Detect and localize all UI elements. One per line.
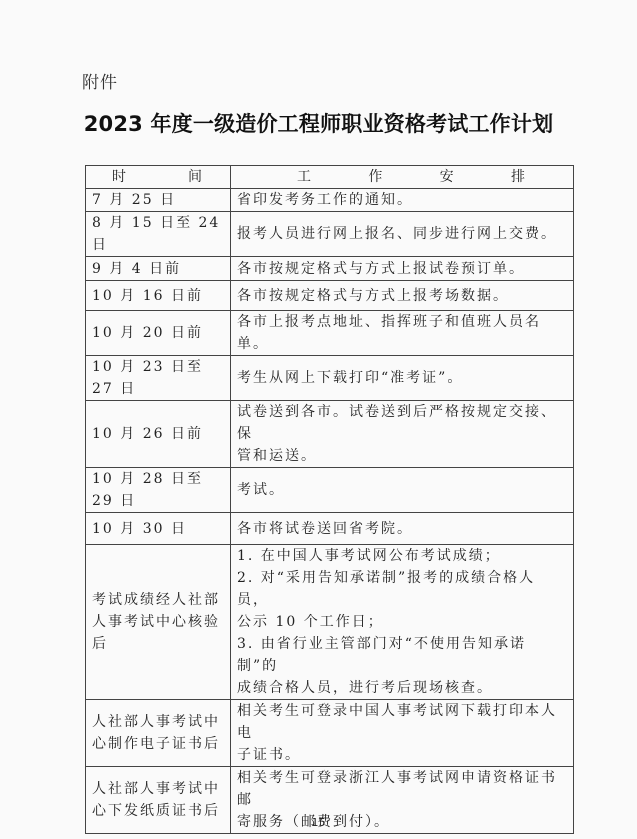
work-line: 报考人员进行网上报名、同步进行网上交费。	[237, 223, 567, 245]
work-line: 各市上报考点地址、指挥班子和值班人员名单。	[237, 311, 567, 355]
work-line: 试卷送到各市。试卷送到后严格按规定交接、保	[237, 401, 567, 445]
table-row: 7 月 25 日省印发考务工作的通知。	[86, 189, 574, 212]
header-work-arrangement: 工 作 安 排	[231, 166, 574, 189]
work-line: 各市按规定格式与方式上报考场数据。	[237, 285, 567, 307]
table-body: 7 月 25 日省印发考务工作的通知。8 月 15 日至 24 日报考人员进行网…	[86, 189, 574, 834]
table-row: 人社部人事考试中心制作电子证书后相关考生可登录中国人事考试网下载打印本人电子证书…	[86, 700, 574, 767]
time-cell: 10 月 23 日至 27 日	[86, 356, 231, 401]
time-cell: 10 月 16 日前	[86, 281, 231, 311]
work-line: 各市将试卷送回省考院。	[237, 518, 567, 540]
table-row: 9 月 4 日前各市按规定格式与方式上报试卷预订单。	[86, 257, 574, 281]
work-cell: 各市将试卷送回省考院。	[231, 513, 574, 545]
work-line: 1. 在中国人事考试网公布考试成绩；	[237, 545, 567, 567]
work-line: 相关考生可登录中国人事考试网下载打印本人电	[237, 700, 567, 744]
table-row: 10 月 23 日至 27 日考生从网上下载打印“准考证”。	[86, 356, 574, 401]
work-line: 省印发考务工作的通知。	[237, 189, 567, 211]
work-cell: 各市按规定格式与方式上报试卷预订单。	[231, 257, 574, 281]
table-row: 8 月 15 日至 24 日报考人员进行网上报名、同步进行网上交费。	[86, 212, 574, 257]
work-plan-table: 时 间 工 作 安 排 7 月 25 日省印发考务工作的通知。8 月 15 日至…	[85, 165, 574, 834]
work-line: 成绩合格人员，进行考后现场核查。	[237, 677, 567, 699]
time-cell: 10 月 28 日至 29 日	[86, 468, 231, 513]
work-line: 子证书。	[237, 744, 567, 766]
work-line: 管和运送。	[237, 445, 567, 467]
table-row: 10 月 30 日各市将试卷送回省考院。	[86, 513, 574, 545]
work-cell: 省印发考务工作的通知。	[231, 189, 574, 212]
work-line: 考试。	[237, 479, 567, 501]
work-line: 2. 对“采用告知承诺制”报考的成绩合格人员，	[237, 567, 567, 611]
document-title: 2023 年度一级造价工程师职业资格考试工作计划	[0, 108, 637, 138]
table-row: 10 月 16 日前各市按规定格式与方式上报考场数据。	[86, 281, 574, 311]
work-line: 3. 由省行业主管部门对“不使用告知承诺制”的	[237, 633, 567, 677]
table-row: 10 月 28 日至 29 日考试。	[86, 468, 574, 513]
page-number: 15	[0, 816, 637, 829]
time-cell: 考试成绩经人社部人事考试中心核验后	[86, 545, 231, 700]
time-cell: 8 月 15 日至 24 日	[86, 212, 231, 257]
work-line: 各市按规定格式与方式上报试卷预订单。	[237, 258, 567, 280]
table-header-row: 时 间 工 作 安 排	[86, 166, 574, 189]
header-time: 时 间	[86, 166, 231, 189]
work-cell: 相关考生可登录中国人事考试网下载打印本人电子证书。	[231, 700, 574, 767]
time-cell: 人社部人事考试中心制作电子证书后	[86, 700, 231, 767]
work-cell: 1. 在中国人事考试网公布考试成绩；2. 对“采用告知承诺制”报考的成绩合格人员…	[231, 545, 574, 700]
table-row: 10 月 26 日前试卷送到各市。试卷送到后严格按规定交接、保管和运送。	[86, 401, 574, 468]
work-cell: 报考人员进行网上报名、同步进行网上交费。	[231, 212, 574, 257]
table-row: 考试成绩经人社部人事考试中心核验后1. 在中国人事考试网公布考试成绩；2. 对“…	[86, 545, 574, 700]
time-cell: 10 月 26 日前	[86, 401, 231, 468]
work-cell: 各市上报考点地址、指挥班子和值班人员名单。	[231, 311, 574, 356]
work-cell: 考试。	[231, 468, 574, 513]
work-line: 相关考生可登录浙江人事考试网申请资格证书邮	[237, 767, 567, 811]
time-cell: 10 月 30 日	[86, 513, 231, 545]
time-cell: 7 月 25 日	[86, 189, 231, 212]
work-line: 考生从网上下载打印“准考证”。	[237, 367, 567, 389]
time-cell: 10 月 20 日前	[86, 311, 231, 356]
work-cell: 考生从网上下载打印“准考证”。	[231, 356, 574, 401]
work-cell: 试卷送到各市。试卷送到后严格按规定交接、保管和运送。	[231, 401, 574, 468]
time-cell: 9 月 4 日前	[86, 257, 231, 281]
attachment-label: 附件	[82, 68, 118, 93]
work-cell: 各市按规定格式与方式上报考场数据。	[231, 281, 574, 311]
table-row: 10 月 20 日前各市上报考点地址、指挥班子和值班人员名单。	[86, 311, 574, 356]
work-line: 公示 10 个工作日；	[237, 611, 567, 633]
